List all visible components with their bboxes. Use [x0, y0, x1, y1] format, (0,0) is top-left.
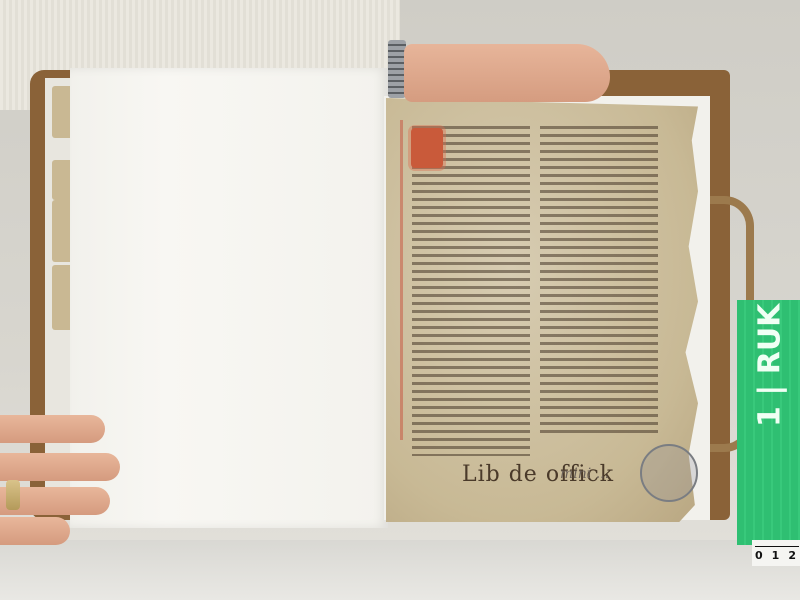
library-stamp: [640, 444, 698, 502]
finger: [0, 517, 70, 545]
scale-line: [755, 546, 799, 547]
ring: [6, 480, 20, 510]
text-column-right: [540, 126, 658, 436]
scale-bar: 0 1 2: [752, 540, 800, 566]
scale-tick: 0: [755, 549, 763, 562]
scale-tick: 2: [788, 549, 796, 562]
bottom-inscription-secondary: mini ...: [560, 466, 609, 482]
illuminated-initial: [411, 128, 443, 168]
scale-tick: 1: [772, 549, 780, 562]
rubric-line: [400, 120, 403, 440]
table-surface: [0, 540, 800, 600]
shelf-label-text: 1 | RUK: [745, 300, 795, 430]
finger: [0, 453, 120, 481]
text-column-left: [412, 126, 530, 456]
hand-top: [404, 44, 610, 102]
finger: [0, 415, 105, 443]
